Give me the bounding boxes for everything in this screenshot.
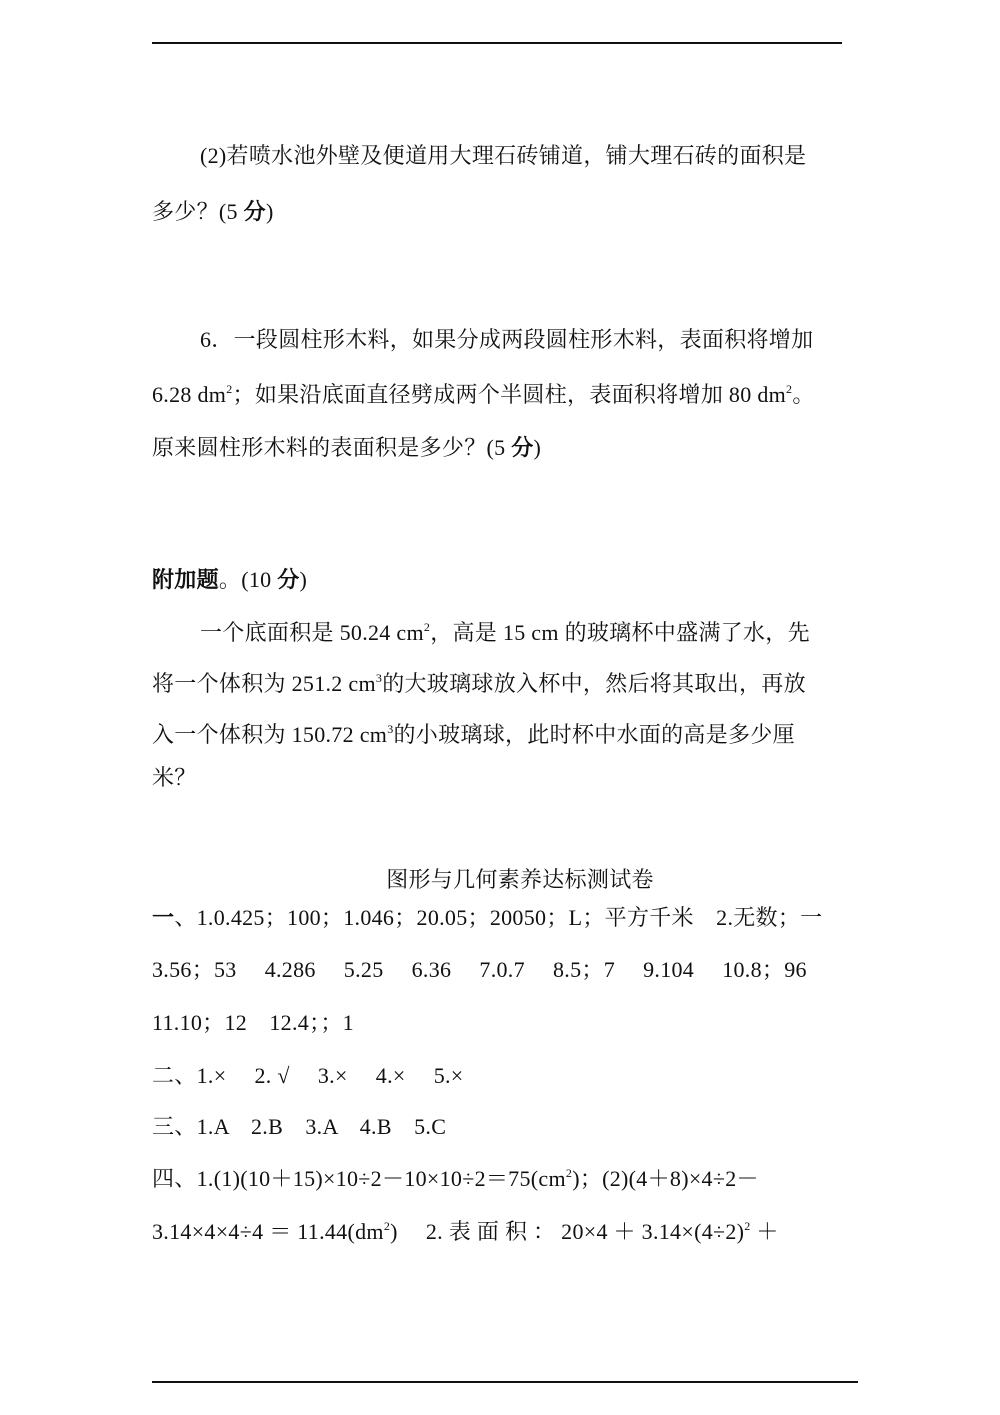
answers-section2: 二、1.× 2. √ 3.× 4.× 5.×	[152, 1063, 464, 1089]
q6-text-1: 6．一段圆柱形木料，如果分成两段圆柱形木料，表面积将增加	[200, 327, 813, 352]
bonus-line2: 将一个体积为 251.2 cm3的大玻璃球放入杯中，然后将其取出，再放	[152, 671, 806, 697]
section-label: 一	[152, 905, 174, 930]
answers-section1-line1: 一、1.0.425；100；1.046；20.05；20050；L；平方千米 2…	[152, 905, 822, 931]
answers-section4-line1: 四、1.(1)(10＋15)×10÷2－10×10÷2＝75(cm2)；(2)(…	[152, 1166, 759, 1192]
q5-part2-text: (2)若喷水池外壁及便道用大理石砖铺道，铺大理石砖的面积是	[200, 143, 806, 168]
bonus-text-2a: 将一个体积为 251.2 cm	[152, 671, 376, 696]
bonus-line4: 米？	[152, 765, 197, 791]
answers-text: 11.10；12 12.4；；1	[152, 1010, 354, 1035]
answers-text: 三、1.A 2.B 3.A 4.B 5.C	[152, 1114, 446, 1139]
bonus-line3: 入一个体积为 150.72 cm3的小玻璃球，此时杯中水面的高是多少厘	[152, 722, 795, 748]
bonus-text-2b: 的大玻璃球放入杯中，然后将其取出，再放	[382, 671, 806, 696]
bonus-text-3a: 入一个体积为 150.72 cm	[152, 722, 387, 747]
bonus-text-4: 米？	[152, 765, 197, 790]
paren-close: )	[300, 567, 308, 592]
q6-text-2c: 。	[792, 382, 814, 407]
answers-text: ＋	[751, 1219, 779, 1244]
q5-part2-text-2: 多少？(5	[152, 199, 244, 224]
answers-text: 3.56；53 4.286 5.25 6.36 7.0.7 8.5；7 9.10…	[152, 957, 807, 982]
q6-line3: 原来圆柱形木料的表面积是多少？(5 分)	[152, 435, 541, 461]
q6-line1: 6．一段圆柱形木料，如果分成两段圆柱形木料，表面积将增加	[200, 327, 813, 353]
bonus-heading: 附加题。(10 分)	[152, 567, 307, 593]
points-label: 分	[244, 199, 266, 224]
answers-text: 四、1.(1)(10＋15)×10÷2－10×10÷2＝75(cm	[152, 1166, 566, 1191]
paren-close: )	[534, 435, 542, 460]
answers-text: 3.14×4×4÷4 ＝ 11.44(dm	[152, 1219, 384, 1244]
bonus-text-1a: 一个底面积是 50.24 cm	[200, 620, 424, 645]
answers-title: 图形与几何素养达标测试卷	[0, 867, 1000, 893]
q6-text-2b: ；如果沿底面直径劈成两个半圆柱，表面积将增加 80 dm	[233, 382, 787, 407]
footer-rule	[152, 1381, 858, 1383]
q6-text-2a: 6.28 dm	[152, 382, 226, 407]
header-rule	[152, 42, 842, 44]
q6-line2: 6.28 dm2；如果沿底面直径劈成两个半圆柱，表面积将增加 80 dm2。	[152, 382, 815, 408]
answers-section4-line2: 3.14×4×4÷4 ＝ 11.44(dm2) 2. 表 面 积 ： 20×4 …	[152, 1219, 779, 1245]
bonus-line1: 一个底面积是 50.24 cm2，高是 15 cm 的玻璃杯中盛满了水，先	[200, 620, 810, 646]
q5-part2-line2: 多少？(5 分)	[152, 199, 274, 225]
answers-text: 二、1.× 2. √ 3.× 4.× 5.×	[152, 1063, 464, 1088]
bonus-text-1b: ，高是 15 cm 的玻璃杯中盛满了水，先	[430, 620, 810, 645]
answers-section1-line3: 11.10；12 12.4；；1	[152, 1010, 354, 1036]
paren-close: )	[266, 199, 274, 224]
answers-text: )；(2)(4＋8)×4÷2－	[572, 1166, 759, 1191]
answers-text: ) 2. 表 面 积 ： 20×4 ＋ 3.14×(4÷2)	[390, 1219, 744, 1244]
bonus-title: 附加题	[152, 567, 219, 592]
bonus-points-text: 。(10	[219, 567, 277, 592]
answers-title-text: 图形与几何素养达标测试卷	[386, 867, 654, 892]
q6-text-3: 原来圆柱形木料的表面积是多少？(5	[152, 435, 511, 460]
bonus-text-3b: 的小玻璃球，此时杯中水面的高是多少厘	[394, 722, 795, 747]
points-label: 分	[277, 567, 299, 592]
answers-text: 、1.0.425；100；1.046；20.05；20050；L；平方千米 2.…	[174, 905, 822, 930]
points-label: 分	[511, 435, 533, 460]
answers-section3: 三、1.A 2.B 3.A 4.B 5.C	[152, 1114, 446, 1140]
q5-part2-line1: (2)若喷水池外壁及便道用大理石砖铺道，铺大理石砖的面积是	[200, 143, 806, 169]
answers-section1-line2: 3.56；53 4.286 5.25 6.36 7.0.7 8.5；7 9.10…	[152, 957, 807, 983]
